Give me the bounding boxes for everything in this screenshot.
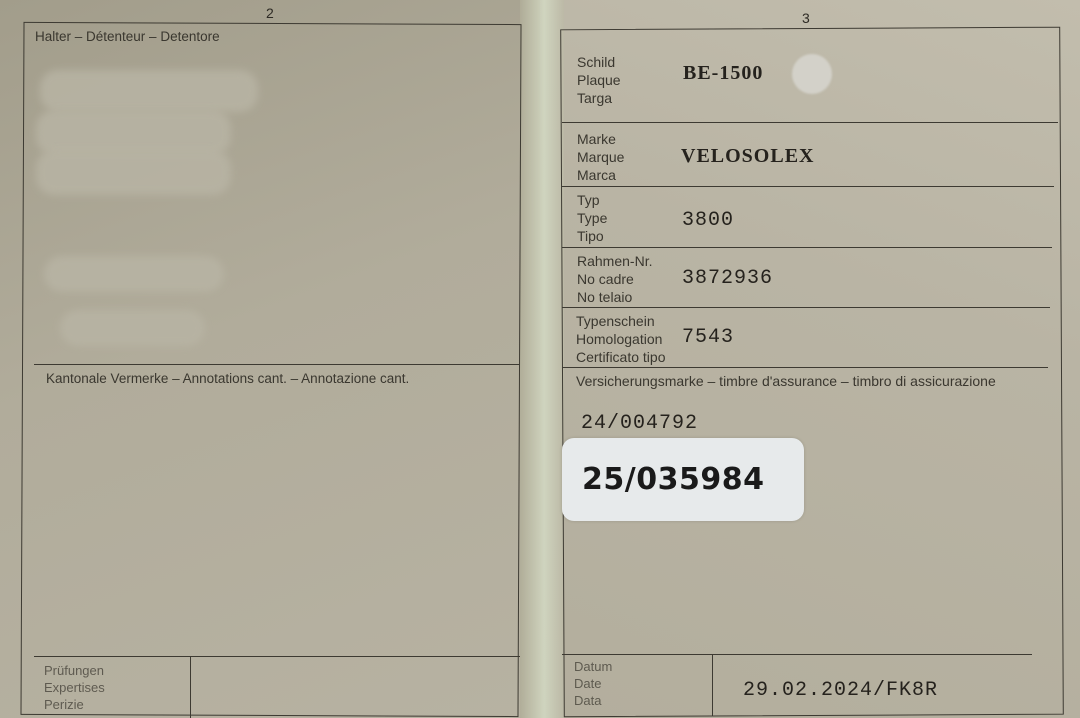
left-divider-1 — [34, 364, 520, 365]
frame-number-value: 3872936 — [682, 267, 773, 290]
plate-label-it: Targa — [577, 89, 621, 107]
field-divider-1 — [562, 122, 1058, 123]
type-label-de: Typ — [577, 191, 607, 209]
frame-number-label-de: Rahmen-Nr. — [577, 252, 652, 270]
brand-label-de: Marke — [577, 130, 624, 148]
date-column-divider — [712, 654, 713, 716]
insurance-section-title: Versicherungsmarke – timbre d'assurance … — [576, 372, 996, 390]
page-number-left: 2 — [266, 5, 274, 21]
field-divider-5 — [562, 367, 1048, 368]
redacted-holder-line-4 — [44, 256, 224, 292]
plate-value: BE-1500 — [683, 62, 763, 85]
homologation-labels: Typenschein Homologation Certificato tip… — [576, 312, 665, 366]
homologation-label-de: Typenschein — [576, 312, 665, 330]
date-divider — [562, 654, 1032, 655]
insurance-sticker-number: 25/035984 — [582, 462, 764, 497]
date-value: 29.02.2024/FK8R — [743, 679, 938, 702]
inspections-label-de: Prüfungen — [44, 662, 105, 679]
type-label-it: Tipo — [577, 227, 607, 245]
brand-labels: Marke Marque Marca — [577, 130, 624, 184]
left-divider-2 — [34, 656, 520, 657]
type-label-fr: Type — [577, 209, 607, 227]
type-labels: Typ Type Tipo — [577, 191, 607, 245]
inspections-label-it: Perizie — [44, 696, 105, 713]
redacted-holder-line-5 — [60, 310, 205, 346]
plate-labels: Schild Plaque Targa — [577, 53, 621, 107]
homologation-label-fr: Homologation — [576, 330, 665, 348]
plate-label-fr: Plaque — [577, 71, 621, 89]
date-labels: Datum Date Data — [574, 658, 612, 709]
date-label-it: Data — [574, 692, 612, 709]
brand-label-fr: Marque — [577, 148, 624, 166]
inspections-label-fr: Expertises — [44, 679, 105, 696]
redacted-holder-line-1 — [40, 70, 258, 112]
page-number-right: 3 — [802, 10, 810, 26]
frame-number-label-fr: No cadre — [577, 270, 652, 288]
homologation-label-it: Certificato tipo — [576, 348, 665, 366]
annotations-section-title: Kantonale Vermerke – Annotations cant. –… — [46, 370, 409, 388]
frame-number-label-it: No telaio — [577, 288, 652, 306]
redacted-holder-line-2 — [36, 110, 231, 155]
inspections-labels: Prüfungen Expertises Perizie — [44, 662, 105, 713]
inspections-divider — [190, 656, 191, 718]
frame-number-labels: Rahmen-Nr. No cadre No telaio — [577, 252, 652, 306]
brand-value: VELOSOLEX — [681, 145, 814, 168]
date-label-de: Datum — [574, 658, 612, 675]
field-divider-4 — [562, 307, 1050, 308]
page-fold — [520, 0, 564, 718]
insurance-previous-number: 24/004792 — [581, 412, 698, 435]
punch-hole — [792, 54, 832, 94]
plate-label-de: Schild — [577, 53, 621, 71]
homologation-value: 7543 — [682, 326, 734, 349]
field-divider-3 — [562, 247, 1052, 248]
type-value: 3800 — [682, 209, 734, 232]
date-label-fr: Date — [574, 675, 612, 692]
field-divider-2 — [562, 186, 1054, 187]
holder-section-title: Halter – Détenteur – Detentore — [35, 28, 220, 46]
redacted-holder-line-3 — [36, 150, 231, 195]
brand-label-it: Marca — [577, 166, 624, 184]
insurance-sticker: 25/035984 — [562, 438, 804, 521]
